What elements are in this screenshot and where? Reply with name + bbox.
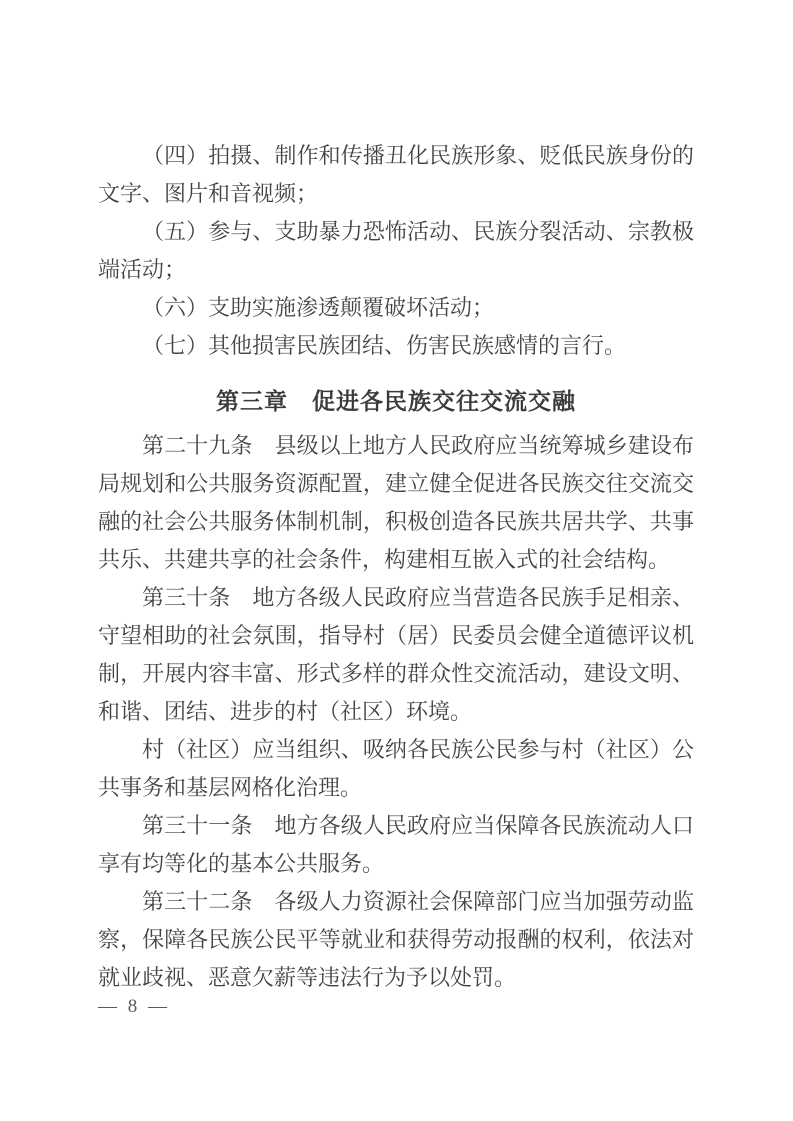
article-paragraph-32: 第三十二条 各级人力资源社会保障部门应当加强劳动监察，保障各民族公民平等就业和获…	[98, 883, 694, 997]
page-number: — 8 —	[98, 994, 170, 1020]
article-paragraph-31: 第三十一条 地方各级人民政府应当保障各民族流动人口享有均等化的基本公共服务。	[98, 807, 694, 883]
clause-paragraph-5: （五）参与、支助暴力恐怖活动、民族分裂活动、宗教极端活动；	[98, 213, 694, 289]
article-paragraph-30: 第三十条 地方各级人民政府应当营造各民族手足相亲、守望相助的社会氛围，指导村（居…	[98, 579, 694, 731]
document-page: （四）拍摄、制作和传播丑化民族形象、贬低民族身份的文字、图片和音视频； （五）参…	[0, 0, 793, 1121]
chapter-heading: 第三章 促进各民族交往交流交融	[98, 379, 694, 425]
document-body: （四）拍摄、制作和传播丑化民族形象、贬低民族身份的文字、图片和音视频； （五）参…	[98, 137, 694, 997]
clause-paragraph-7: （七）其他损害民族团结、伤害民族感情的言行。	[98, 327, 694, 365]
article-paragraph-29: 第二十九条 县级以上地方人民政府应当统筹城乡建设布局规划和公共服务资源配置，建立…	[98, 427, 694, 579]
article-paragraph-30-cont: 村（社区）应当组织、吸纳各民族公民参与村（社区）公共事务和基层网格化治理。	[98, 731, 694, 807]
clause-paragraph-6: （六）支助实施渗透颠覆破坏活动；	[98, 289, 694, 327]
clause-paragraph-4: （四）拍摄、制作和传播丑化民族形象、贬低民族身份的文字、图片和音视频；	[98, 137, 694, 213]
